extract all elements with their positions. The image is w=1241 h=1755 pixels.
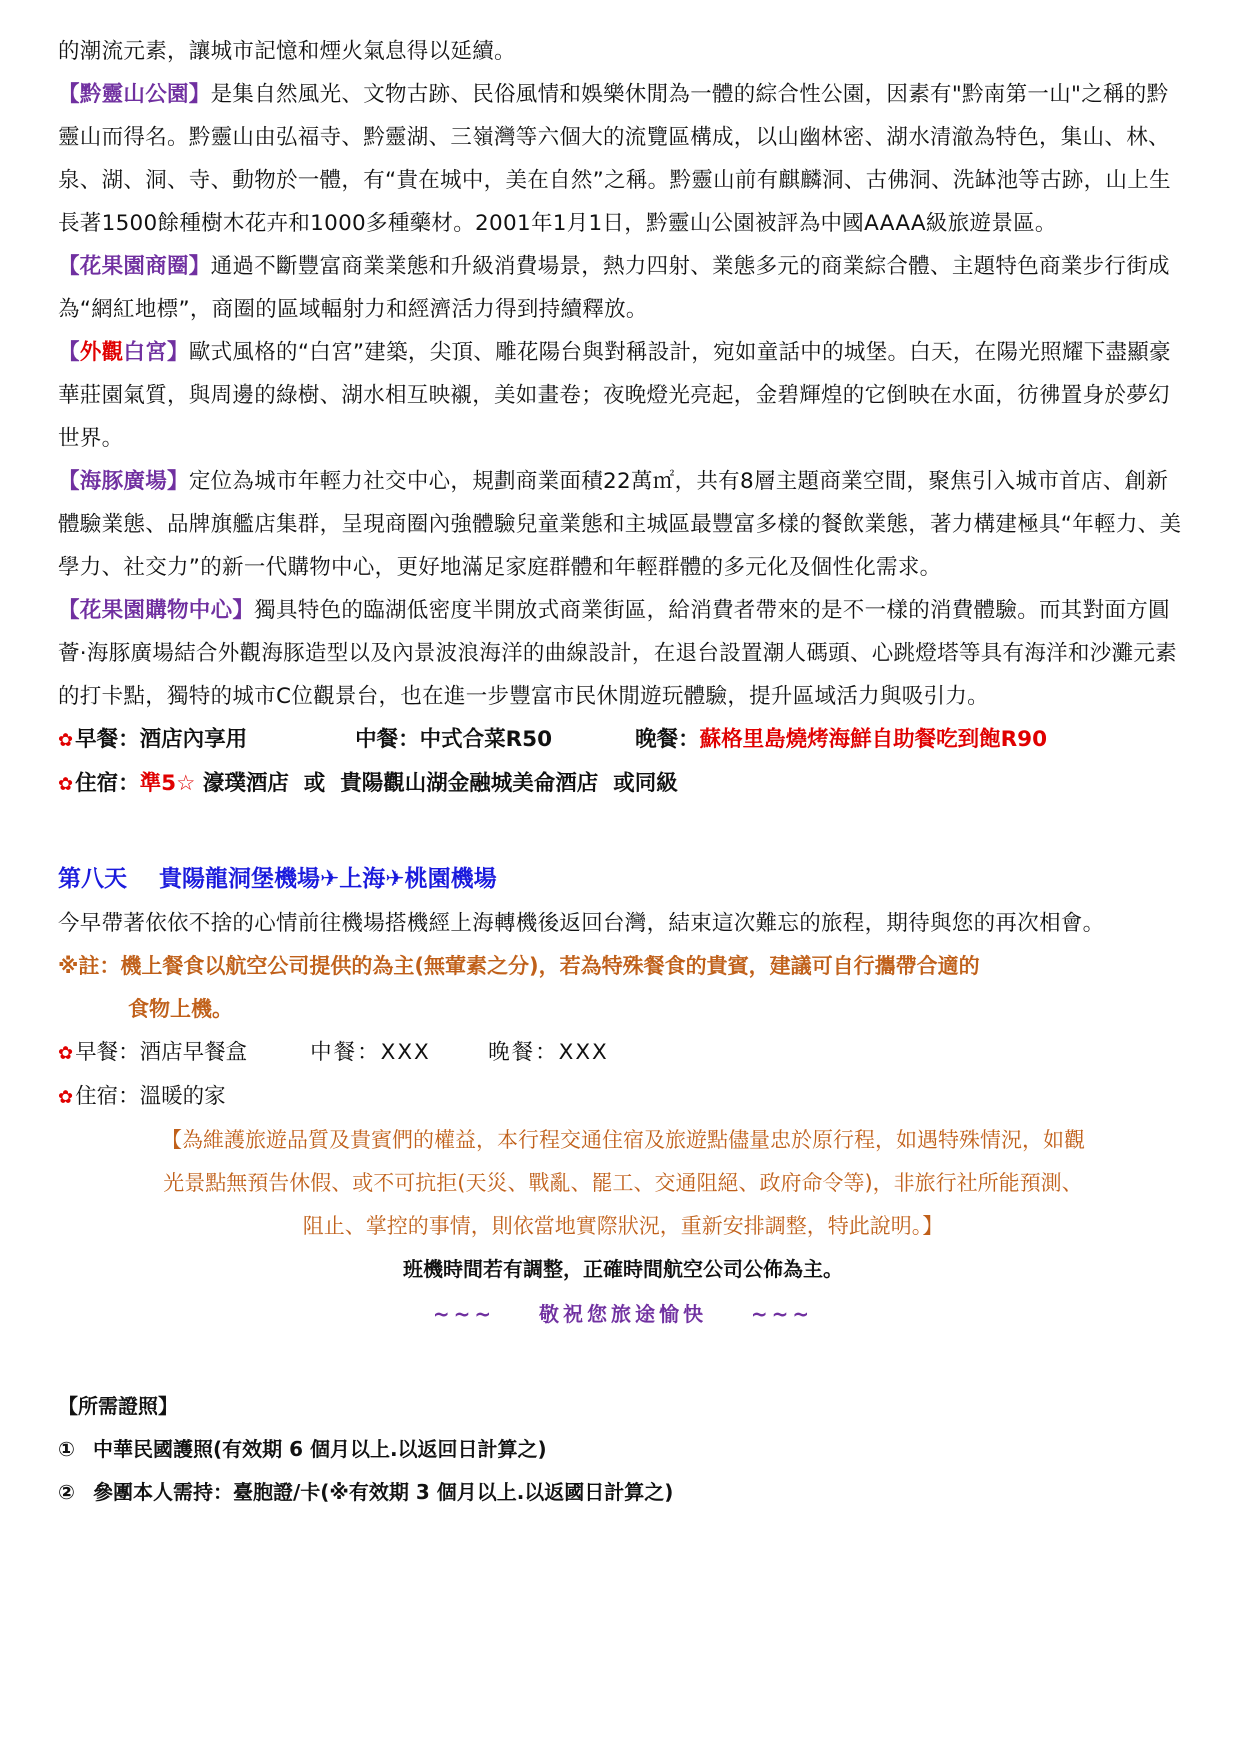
- document-item: ① 中華民國護照(有效期 6 個月以上.以返回日計算之): [58, 1428, 1188, 1471]
- note-line-2: 食物上機。: [58, 988, 1188, 1031]
- dinner-value: 蘇格里島燒烤海鮮自助餐吃到飽R90: [700, 727, 1047, 752]
- attraction-qianlingshan: 【黔靈山公園】是集自然風光、文物古跡、民俗風情和娛樂休閒為一體的綜合性公園，因素…: [58, 73, 1188, 245]
- disclaimer-line-2: 光景點無預告休假、或不可抗拒(天災、戰亂、罷工、交通阻絕、政府命令等)，非旅行社…: [163, 1171, 1082, 1195]
- flower-icon: ✿: [58, 1043, 73, 1064]
- attraction-label: 【海豚廣場】: [58, 469, 189, 494]
- day8-meals: ✿早餐：酒店早餐盒中餐：XXX晚餐：XXX: [58, 1031, 1188, 1075]
- attraction-label: 【外觀白宮】: [58, 340, 189, 365]
- attraction-label: 【花果園商圈】: [58, 254, 211, 279]
- day7-hotel: ✿住宿：準5☆ 濠璞酒店 或 貴陽觀山湖金融城美侖酒店 或同級: [58, 762, 1188, 806]
- attraction-label: 【花果園購物中心】: [58, 598, 254, 623]
- hotel-grade: 準5☆: [140, 771, 196, 796]
- disclaimer-line-3: 阻止、掌控的事情，則依當地實際狀況，重新安排調整，特此說明。】: [303, 1214, 944, 1238]
- farewell-wish: ~~~ 敬祝您旅途愉快 ~~~: [58, 1291, 1188, 1337]
- day8-description: 今早帶著依依不捨的心情前往機場搭機經上海轉機後返回台灣，結束這次難忘的旅程，期待…: [58, 902, 1188, 945]
- lunch: 中餐：XXX: [310, 1031, 488, 1074]
- attraction-description: 是集自然風光、文物古跡、民俗風情和娛樂休閒為一體的綜合性公園，因素有"黔南第一山…: [58, 82, 1171, 236]
- flower-icon: ✿: [58, 774, 73, 795]
- breakfast: 早餐：酒店內享用: [75, 718, 355, 761]
- intro-text: 的潮流元素，讓城市記憶和煙火氣息得以延續。: [58, 30, 1188, 73]
- required-documents-title: 【所需證照】: [58, 1385, 1188, 1428]
- flower-icon: ✿: [58, 730, 73, 751]
- flower-icon: ✿: [58, 1087, 73, 1108]
- attraction-description: 定位為城市年輕力社交中心，規劃商業面積22萬㎡，共有8層主題商業空間，聚焦引入城…: [58, 469, 1181, 580]
- circled-number-1-icon: ①: [58, 1428, 86, 1471]
- attraction-description: 通過不斷豐富商業業態和升級消費場景，熱力四射、業態多元的商業綜合體、主題特色商業…: [58, 254, 1170, 322]
- document-text: 中華民國護照(有效期 6 個月以上.以返回日計算之): [93, 1437, 547, 1461]
- breakfast: 早餐：酒店早餐盒: [75, 1031, 310, 1074]
- bracket-open: 【: [58, 340, 80, 365]
- attraction-white-house: 【外觀白宮】歐式風格的“白宮”建築，尖頂、雕花陽台與對稱設計，宛如童話中的城堡。…: [58, 331, 1188, 460]
- label-rest: 白宮】: [123, 340, 188, 365]
- dinner-label: 晚餐：: [635, 727, 700, 752]
- attraction-dolphin-plaza: 【海豚廣場】定位為城市年輕力社交中心，規劃商業面積22萬㎡，共有8層主題商業空間…: [58, 460, 1188, 589]
- attraction-label: 【黔靈山公園】: [58, 82, 211, 107]
- document-item: ② 參團本人需持：臺胞證/卡(※有效期 3 個月以上.以返國日計算之): [58, 1471, 1188, 1514]
- day7-meals: ✿早餐：酒店內享用中餐：中式合菜R50晚餐：蘇格里島燒烤海鮮自助餐吃到飽R90: [58, 718, 1188, 762]
- attraction-huaguoyuan-district: 【花果園商圈】通過不斷豐富商業業態和升級消費場景，熱力四射、業態多元的商業綜合體…: [58, 245, 1188, 331]
- lunch: 中餐：中式合菜R50: [355, 718, 635, 761]
- itinerary-page: 的潮流元素，讓城市記憶和煙火氣息得以延續。 【黔靈山公園】是集自然風光、文物古跡…: [58, 30, 1188, 1514]
- attraction-huaguoyuan-mall: 【花果園購物中心】獨具特色的臨湖低密度半開放式商業街區，給消費者帶來的是不一樣的…: [58, 589, 1188, 718]
- flight-time-notice: 班機時間若有調整，正確時間航空公司公佈為主。: [58, 1248, 1188, 1291]
- document-text: 參團本人需持：臺胞證/卡(※有效期 3 個月以上.以返國日計算之): [93, 1480, 673, 1504]
- circled-number-2-icon: ②: [58, 1471, 86, 1514]
- hotel-label: 住宿：: [75, 771, 140, 796]
- day8-title: 第八天 貴陽龍洞堡機場✈上海✈桃園機場: [58, 856, 1188, 902]
- note-line-1: ※註：機上餐食以航空公司提供的為主(無葷素之分)，若為特殊餐食的貴賓，建議可自行…: [58, 954, 980, 978]
- inflight-meal-note: ※註：機上餐食以航空公司提供的為主(無葷素之分)，若為特殊餐食的貴賓，建議可自行…: [58, 945, 1188, 1031]
- hotel-names: 濠璞酒店 或 貴陽觀山湖金融城美侖酒店 或同級: [195, 771, 677, 796]
- hotel-text: 住宿：溫暖的家: [75, 1084, 226, 1109]
- dinner: 晚餐：XXX: [488, 1040, 609, 1065]
- label-highlight: 外觀: [80, 340, 124, 365]
- disclaimer-line-1: 【為維護旅遊品質及貴賓們的權益，本行程交通住宿及旅遊點儘量忠於原行程，如遇特殊情…: [161, 1128, 1085, 1152]
- disclaimer: 【為維護旅遊品質及貴賓們的權益，本行程交通住宿及旅遊點儘量忠於原行程，如遇特殊情…: [58, 1119, 1188, 1248]
- attraction-description: 歐式風格的“白宮”建築，尖頂、雕花陽台與對稱設計，宛如童話中的城堡。白天，在陽光…: [58, 340, 1171, 451]
- day8-hotel: ✿住宿：溫暖的家: [58, 1075, 1188, 1119]
